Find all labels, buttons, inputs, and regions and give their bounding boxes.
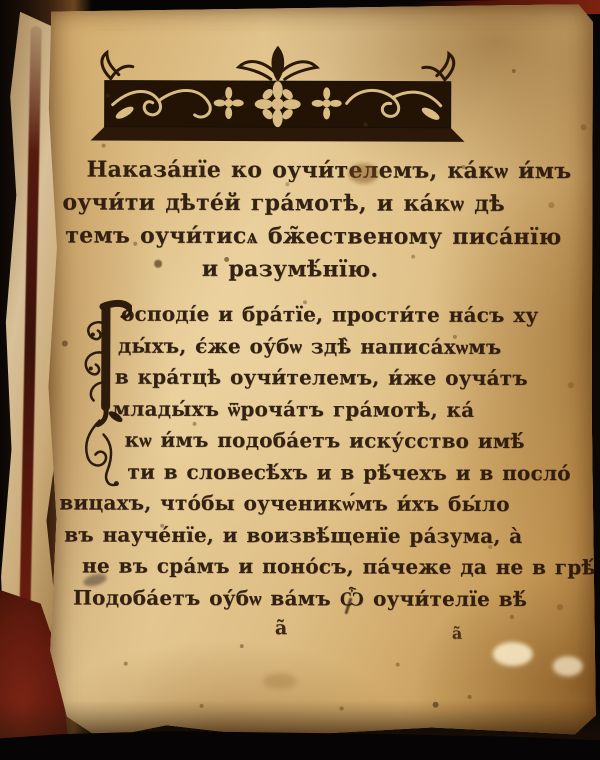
body-line: ды́хъ, є́же оу́бѡ здѣ̀ написа́хѡмъ xyxy=(60,330,542,363)
body-line: млады́хъ ѿроча́тъ гра́мотѣ, ка́ xyxy=(60,393,542,426)
body-line: в кра́тцѣ оучи́телемъ, и́же оуча́тъ xyxy=(60,361,542,394)
stain xyxy=(263,673,297,689)
chapter-title: Наказа́нїе ко оучи́телемъ, ка́кѡ и́мъ оу… xyxy=(62,153,518,287)
body-line: кѡ и́мъ подоба́етъ иску́сство имѣ́ xyxy=(59,424,541,457)
stain xyxy=(62,340,68,346)
page-content: Наказа́нїе ко оучи́телемъ, ка́кѡ и́мъ оу… xyxy=(40,4,595,739)
body-line: вицахъ, что́бы оученикѡ́мъ и́хъ бы́ло xyxy=(59,487,541,520)
body-line: въ науче́нїе, и воизвѣ́щенїе ра́зума, а̀ xyxy=(59,519,541,552)
body-line: не въ сра́мъ и поно́съ, па́чеже да не в … xyxy=(59,550,541,583)
body-line: Подоба́етъ оу́бѡ ва́мъ Ѽ оучи́телїе вѣ́ xyxy=(59,582,541,615)
body-text: осподі́е и бра́тїе, прости́те на́съ ху д… xyxy=(59,298,542,615)
title-line: темъ оучи́тисѧ бж̃ественому писа́нїю xyxy=(62,219,518,254)
body-line: ти в словесѣ́хъ и в рѣ́чехъ и в посло́ xyxy=(59,456,541,489)
page: Наказа́нїе ко оучи́телемъ, ка́кѡ и́мъ оу… xyxy=(43,4,597,738)
stain xyxy=(224,257,229,262)
quire-signature-mark: а̃ xyxy=(452,624,462,643)
stain xyxy=(553,656,583,676)
body-line: осподі́е и бра́тїе, прости́те на́съ ху xyxy=(60,298,542,331)
title-line: оучи́ти дѣте́й гра́мотѣ, и ка́кѡ дѣ xyxy=(62,186,518,221)
floral-headpiece-icon xyxy=(89,45,467,150)
stain xyxy=(493,642,533,666)
stain xyxy=(348,163,378,183)
title-line: и разумѣ́нїю. xyxy=(62,252,518,287)
title-line: Наказа́нїе ко оучи́телемъ, ка́кѡ и́мъ xyxy=(62,153,518,188)
book-photo: Наказа́нїе ко оучи́телемъ, ка́кѡ и́мъ оу… xyxy=(0,0,600,760)
quire-signature-mark: а̃ xyxy=(275,617,287,639)
stain xyxy=(154,260,162,268)
